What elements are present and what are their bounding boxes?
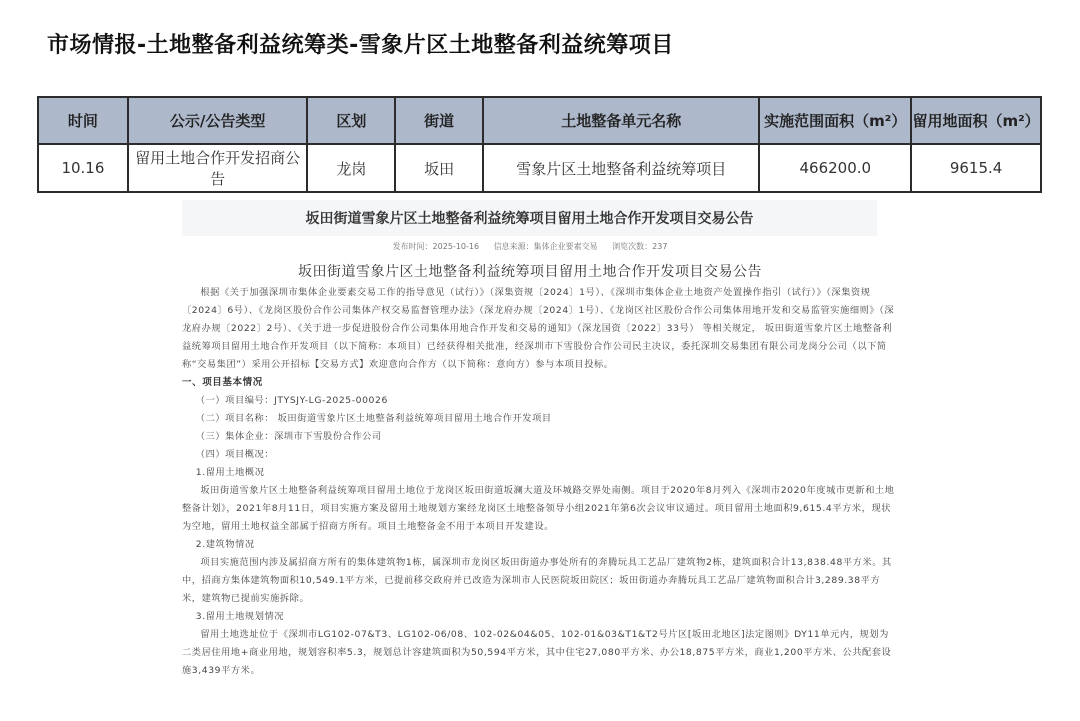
cell-scope-area: 466200.0 — [759, 144, 911, 192]
land-overview-paragraph: 坂田街道雪象片区土地整备利益统筹项目留用土地位于龙岗区坂田街道坂澜大道及环城路交… — [182, 482, 898, 536]
table-row: 10.16 留用土地合作开发招商公告 龙岗 坂田 雪象片区土地整备利益统筹项目 … — [38, 144, 1041, 192]
notice-heading: 坂田街道雪象片区土地整备利益统筹项目留用土地合作开发项目交易公告 — [182, 261, 898, 281]
intro-paragraph: 根据《关于加强深圳市集体企业要素交易工作的指导意见（试行）》（深集资规〔2024… — [182, 284, 898, 374]
page-title: 市场情报-土地整备利益统筹类-雪象片区土地整备利益统筹项目 — [47, 28, 674, 59]
notice-body: 根据《关于加强深圳市集体企业要素交易工作的指导意见（试行）》（深集资规〔2024… — [182, 284, 898, 680]
cell-street: 坂田 — [395, 144, 483, 192]
header-scope-area: 实施范围面积（m²） — [759, 97, 911, 144]
notice-meta: 发布时间：2025-10-16 信息来源：集体企业要素交易 浏览次数：237 — [182, 241, 898, 253]
cell-notice-type: 留用土地合作开发招商公告 — [128, 144, 308, 192]
item-project-name: （二）项目名称： 坂田街道雪象片区土地整备利益统筹项目留用土地合作开发项目 — [182, 410, 898, 428]
cell-time: 10.16 — [38, 144, 128, 192]
item-project-code: （一）项目编号：JTYSJY-LG-2025-00026 — [182, 392, 898, 410]
item-collective-enterprise: （三）集体企业：深圳市下雪股份合作公司 — [182, 428, 898, 446]
sub-title-land: 1.留用土地概况 — [182, 464, 898, 482]
notice-banner-title: 坂田街道雪象片区土地整备利益统筹项目留用土地合作开发项目交易公告 — [182, 200, 877, 236]
sub-title-buildings: 2.建筑物情况 — [182, 536, 898, 554]
table-header-row: 时间 公示/公告类型 区划 街道 土地整备单元名称 实施范围面积（m²） 留用地… — [38, 97, 1041, 144]
cell-unit-name: 雪象片区土地整备利益统筹项目 — [483, 144, 759, 192]
publish-time: 发布时间：2025-10-16 — [393, 242, 480, 251]
header-notice-type: 公示/公告类型 — [128, 97, 308, 144]
header-time: 时间 — [38, 97, 128, 144]
summary-table: 时间 公示/公告类型 区划 街道 土地整备单元名称 实施范围面积（m²） 留用地… — [37, 96, 1042, 193]
view-count: 浏览次数：237 — [612, 242, 667, 251]
notice-screenshot: 坂田街道雪象片区土地整备利益统筹项目留用土地合作开发项目交易公告 发布时间：20… — [182, 200, 898, 680]
info-source: 信息来源：集体企业要素交易 — [494, 242, 598, 251]
header-unit-name: 土地整备单元名称 — [483, 97, 759, 144]
header-district: 区划 — [307, 97, 395, 144]
header-retained-area: 留用地面积（m²） — [911, 97, 1041, 144]
sub-title-planning: 3.留用土地规划情况 — [182, 608, 898, 626]
header-street: 街道 — [395, 97, 483, 144]
planning-paragraph: 留用土地选址位于《深圳市LG102-07&T3、LG102-06/08、102-… — [182, 626, 898, 680]
cell-retained-area: 9615.4 — [911, 144, 1041, 192]
cell-district: 龙岗 — [307, 144, 395, 192]
section-title: 一、项目基本情况 — [182, 374, 898, 392]
buildings-paragraph: 项目实施范围内涉及属招商方所有的集体建筑物1栋，属深圳市龙岗区坂田街道办事处所有… — [182, 554, 898, 608]
item-project-overview: （四）项目概况： — [182, 446, 898, 464]
